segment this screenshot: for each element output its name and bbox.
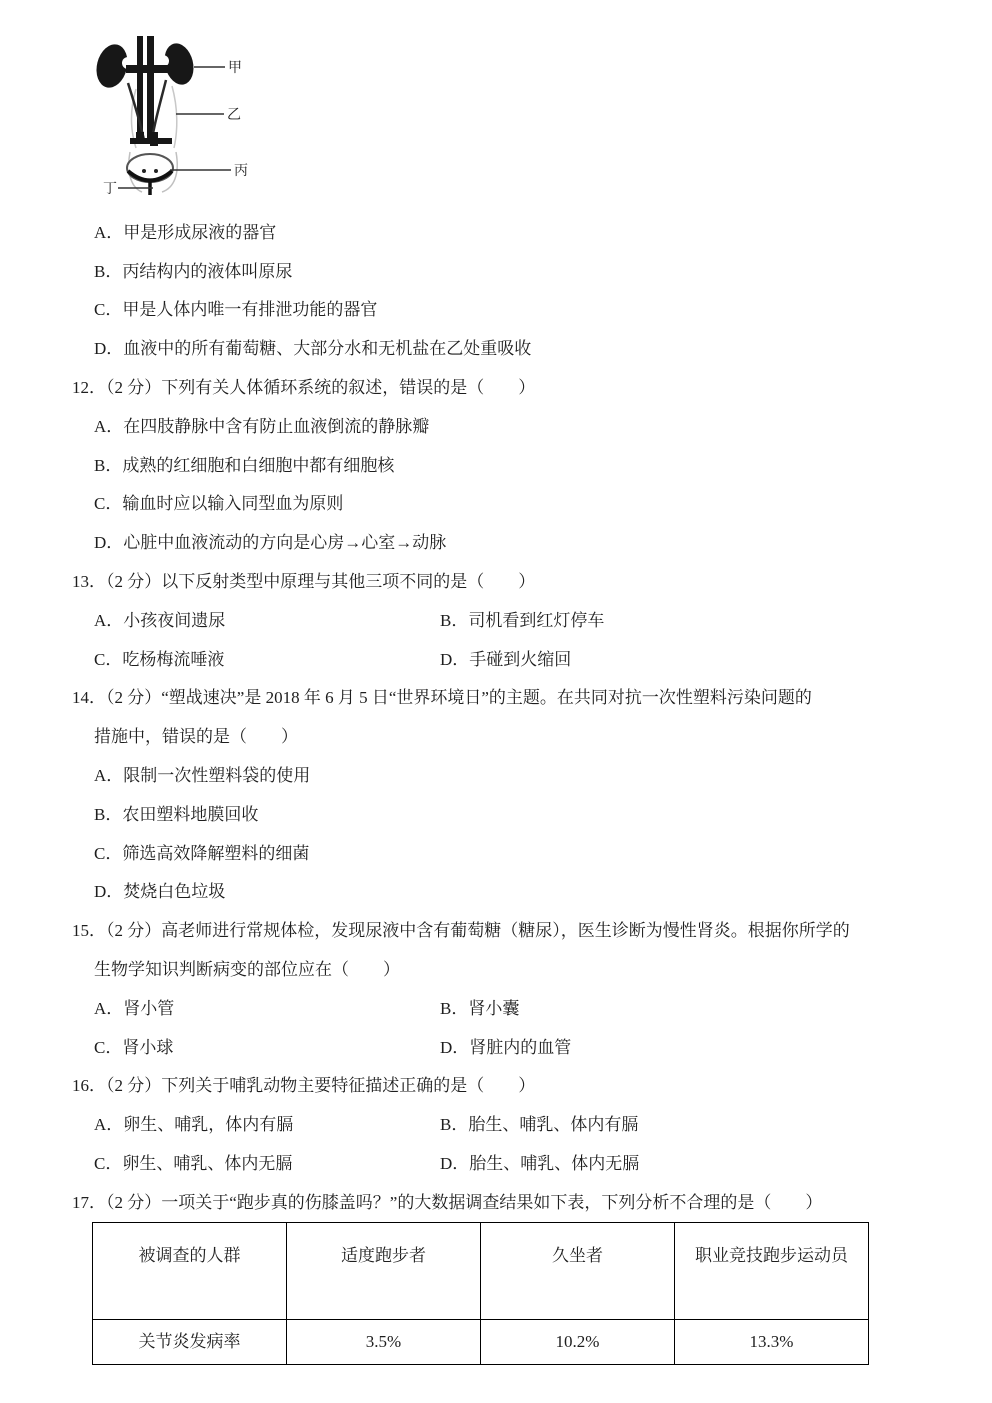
q13-option-a: A．小孩夜间遗尿 — [94, 606, 440, 631]
q16-option-c: C．卵生、哺乳、体内无膈 — [94, 1149, 440, 1174]
q15-option-b: B．肾小囊 — [440, 994, 992, 1019]
q13-options-row-2: C．吃杨梅流唾液 D．手碰到火缩回 — [0, 638, 992, 677]
q14-option-a: A．限制一次性塑料袋的使用 — [0, 754, 992, 793]
q12-option-d: D．心脏中血液流动的方向是心房→心室→动脉 — [0, 521, 992, 560]
q14-stem-line-1: 14．（2 分）“塑战速决”是 2018 年 6 月 5 日“世界环境日”的主题… — [0, 677, 992, 716]
q12-option-a: A．在四肢静脉中含有防止血液倒流的静脉瓣 — [0, 405, 992, 444]
q13-stem: 13．（2 分）以下反射类型中原理与其他三项不同的是（ ） — [0, 560, 992, 599]
q16-option-b: B．胎生、哺乳、体内有膈 — [440, 1110, 992, 1135]
figure-label-bing: 丙 — [234, 163, 248, 179]
q14-option-d: D．焚烧白色垃圾 — [0, 871, 992, 910]
bladder-shape — [127, 154, 173, 182]
ureter-opening-right-dot — [154, 169, 158, 173]
survey-table-cell-moderate-rate: 3.5% — [287, 1320, 481, 1365]
vessel-end-left — [136, 132, 144, 144]
questions-content: A．甲是形成尿液的器官 B．丙结构内的液体叫原尿 C．甲是人体内唯一有排泄功能的… — [0, 211, 992, 1220]
q16-option-d: D．胎生、哺乳、体内无膈 — [440, 1149, 992, 1174]
q15-stem-line-2: 生物学知识判断病变的部位应在（ ） — [0, 948, 992, 987]
survey-table-header-group: 被调查的人群 — [93, 1223, 287, 1320]
q15-option-c: C．肾小球 — [94, 1033, 440, 1058]
q13-options-row-1: A．小孩夜间遗尿 B．司机看到红灯停车 — [0, 599, 992, 638]
q16-options-row-1: A．卵生、哺乳，体内有膈 B．胎生、哺乳、体内有膈 — [0, 1103, 992, 1142]
figure-label-ding: 丁 — [103, 181, 117, 197]
q11-option-d: D．血液中的所有葡萄糖、大部分水和无机盐在乙处重吸收 — [0, 327, 992, 366]
q12-option-c: C．输血时应以输入同型血为原则 — [0, 483, 992, 522]
ureter-right — [152, 80, 166, 140]
survey-table-header-row: 被调查的人群 适度跑步者 久坐者 职业竞技跑步运动员 — [93, 1223, 869, 1320]
q15-stem-line-1: 15．（2 分）高老师进行常规体检，发现尿液中含有葡萄糖（糖尿），医生诊断为慢性… — [0, 909, 992, 948]
q16-stem: 16．（2 分）下列关于哺乳动物主要特征描述正确的是（ ） — [0, 1065, 992, 1104]
survey-table-header-moderate-runners: 适度跑步者 — [287, 1223, 481, 1320]
q17-stem: 17．（2 分）一项关于“跑步真的伤膝盖吗？”的大数据调查结果如下表，下列分析不… — [0, 1181, 992, 1220]
ureter-opening-left-dot — [142, 169, 146, 173]
urinary-system-figure: 甲 乙 丙 丁 — [92, 34, 252, 204]
vessel-end-right — [150, 132, 158, 146]
q14-stem-line-2: 措施中，错误的是（ ） — [0, 715, 992, 754]
survey-table-cell-arthritis-label: 关节炎发病率 — [93, 1320, 287, 1365]
survey-table-data-row: 关节炎发病率 3.5% 10.2% 13.3% — [93, 1320, 869, 1365]
survey-table-cell-sedentary-rate: 10.2% — [481, 1320, 675, 1365]
q14-option-c: C．筛选高效降解塑料的细菌 — [0, 832, 992, 871]
q15-option-a: A．肾小管 — [94, 994, 440, 1019]
q16-options-row-2: C．卵生、哺乳、体内无膈 D．胎生、哺乳、体内无膈 — [0, 1142, 992, 1181]
q11-option-c: C．甲是人体内唯一有排泄功能的器官 — [0, 289, 992, 328]
survey-table-header-professional-runners: 职业竞技跑步运动员 — [675, 1223, 869, 1320]
survey-table-header-sedentary: 久坐者 — [481, 1223, 675, 1320]
q15-options-row-2: C．肾小球 D．肾脏内的血管 — [0, 1026, 992, 1065]
q13-option-b: B．司机看到红灯停车 — [440, 606, 992, 631]
survey-table: 被调查的人群 适度跑步者 久坐者 职业竞技跑步运动员 关节炎发病率 3.5% 1… — [92, 1222, 869, 1365]
figure-label-jia: 甲 — [228, 60, 242, 76]
q15-options-row-1: A．肾小管 B．肾小囊 — [0, 987, 992, 1026]
figure-label-yi: 乙 — [227, 108, 241, 123]
renal-vessels-crossbar — [126, 65, 168, 73]
q14-option-b: B．农田塑料地膜回收 — [0, 793, 992, 832]
q15-option-d: D．肾脏内的血管 — [440, 1033, 992, 1058]
q12-option-b: B．成熟的红细胞和白细胞中都有细胞核 — [0, 444, 992, 483]
q13-option-d: D．手碰到火缩回 — [440, 645, 992, 670]
body-outline-right — [172, 86, 177, 148]
q13-option-c: C．吃杨梅流唾液 — [94, 645, 440, 670]
q16-option-a: A．卵生、哺乳，体内有膈 — [94, 1110, 440, 1135]
exam-page: 甲 乙 丙 丁 A．甲是形成尿液的器官 B．丙结构内的液体叫原尿 C．甲是人体内… — [0, 0, 992, 1403]
q12-stem: 12．（2 分）下列有关人体循环系统的叙述，错误的是（ ） — [0, 366, 992, 405]
q11-option-b: B．丙结构内的液体叫原尿 — [0, 250, 992, 289]
survey-table-cell-professional-rate: 13.3% — [675, 1320, 869, 1365]
q11-option-a: A．甲是形成尿液的器官 — [0, 211, 992, 250]
